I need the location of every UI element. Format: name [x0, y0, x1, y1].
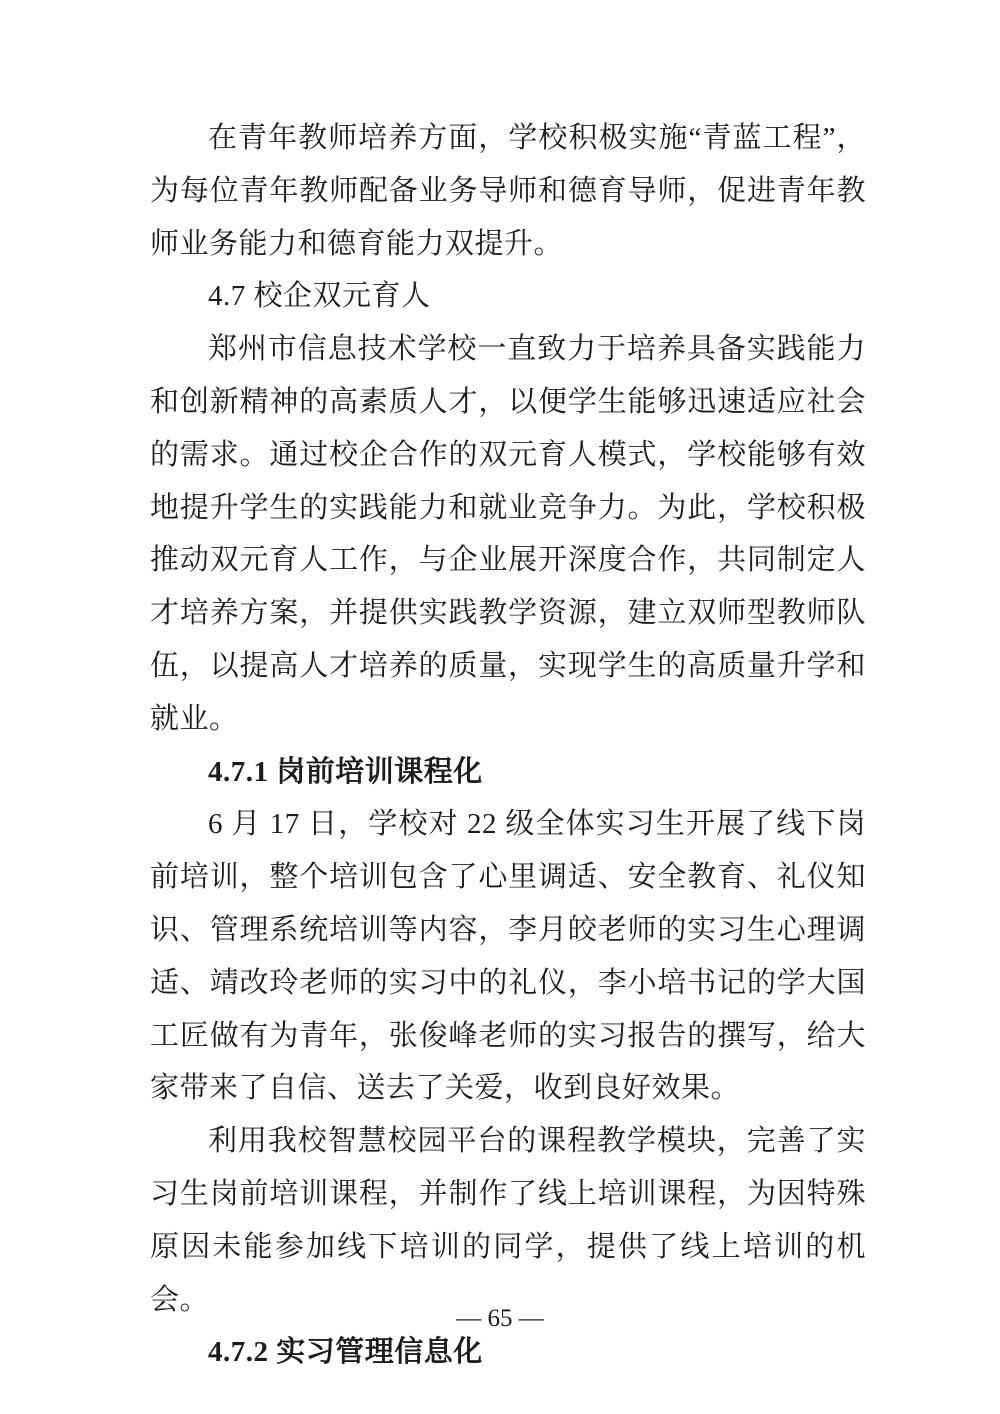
- section-heading-4-7-1: 4.7.1 岗前培训课程化: [150, 746, 866, 799]
- paragraph-online-training-course: 利用我校智慧校园平台的课程教学模块，完善了实习生岗前培训课程，并制作了线上培训课…: [150, 1115, 866, 1326]
- section-heading-4-7: 4.7 校企双元育人: [150, 270, 866, 323]
- paragraph-young-teacher-training: 在青年教师培养方面，学校积极实施“青蓝工程”，为每位青年教师配备业务导师和德育导…: [150, 112, 866, 270]
- paragraph-school-enterprise-cooperation: 郑州市信息技术学校一直致力于培养具备实践能力和创新精神的高素质人才，以便学生能够…: [150, 323, 866, 745]
- document-body: 在青年教师培养方面，学校积极实施“青蓝工程”，为每位青年教师配备业务导师和德育导…: [150, 112, 866, 1379]
- document-page: 在青年教师培养方面，学校积极实施“青蓝工程”，为每位青年教师配备业务导师和德育导…: [0, 0, 1000, 1414]
- page-number-footer: — 65 —: [0, 1302, 1000, 1336]
- paragraph-pre-job-training-event: 6 月 17 日，学校对 22 级全体实习生开展了线下岗前培训，整个培训包含了心…: [150, 798, 866, 1115]
